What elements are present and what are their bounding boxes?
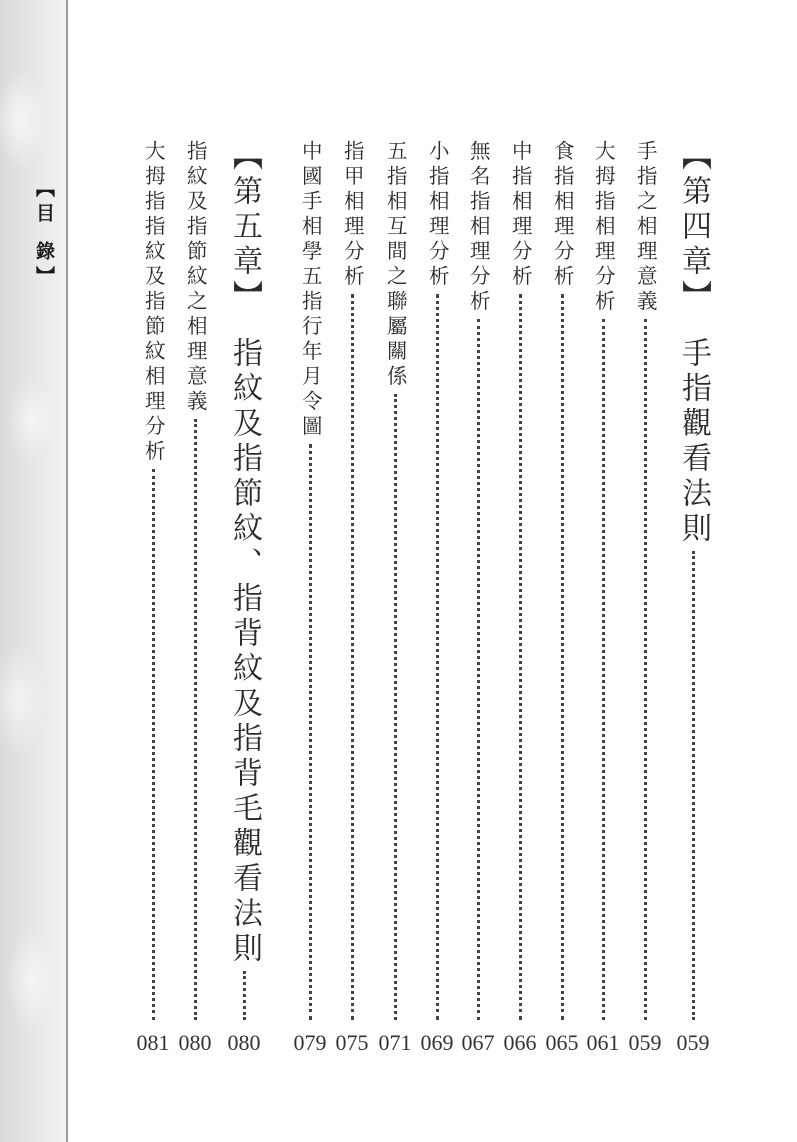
page-number: 071 bbox=[379, 1030, 412, 1056]
page-number: 080 bbox=[179, 1030, 212, 1056]
page-number: 067 bbox=[462, 1030, 495, 1056]
toc-entry[interactable]: 大拇指指紋及指節紋相理分析081 bbox=[138, 140, 168, 1020]
toc-entry[interactable]: 大拇指相理分析061 bbox=[588, 140, 618, 1020]
page-number: 065 bbox=[546, 1030, 579, 1056]
toc-entry[interactable]: 五指相互間之聯屬關係071 bbox=[380, 140, 410, 1020]
entry-title: 指紋及指節紋之相理意義 bbox=[185, 140, 206, 415]
entry-title: 食指相理分析 bbox=[552, 140, 573, 290]
dot-leader bbox=[477, 319, 480, 1020]
dot-leader bbox=[394, 394, 397, 1020]
page-number: 061 bbox=[587, 1030, 620, 1056]
margin-rule bbox=[66, 0, 68, 1142]
toc-entry[interactable]: 手指之相理意義059 bbox=[630, 140, 660, 1020]
decorative-margin bbox=[0, 0, 66, 1142]
entry-title: 大拇指相理分析 bbox=[593, 140, 614, 315]
page-number: 069 bbox=[421, 1030, 454, 1056]
dot-leader bbox=[152, 469, 155, 1020]
dot-leader bbox=[519, 294, 522, 1020]
entry-title: 指甲相理分析 bbox=[342, 140, 363, 290]
dot-leader bbox=[194, 419, 197, 1020]
page-number: 075 bbox=[336, 1030, 369, 1056]
dot-leader bbox=[602, 319, 605, 1020]
toc-chapter-heading[interactable]: 【第四章】手指觀看法則059 bbox=[678, 140, 708, 1020]
dot-leader bbox=[644, 319, 647, 1020]
dot-leader bbox=[309, 444, 312, 1020]
page-number: 081 bbox=[137, 1030, 170, 1056]
chapter-title: 【第五章】指紋及指節紋、指背紋及指背毛觀看法則 bbox=[229, 140, 259, 967]
chapter-label: 【第四章】 bbox=[676, 140, 711, 315]
dot-leader bbox=[692, 551, 695, 1020]
entry-title: 手指之相理意義 bbox=[635, 140, 656, 315]
page-number: 080 bbox=[228, 1030, 261, 1056]
dot-leader bbox=[243, 971, 246, 1020]
chapter-label: 【第五章】 bbox=[227, 140, 262, 315]
page-number: 059 bbox=[677, 1030, 710, 1056]
dot-leader bbox=[351, 294, 354, 1020]
page-number: 059 bbox=[629, 1030, 662, 1056]
entry-title: 中指相理分析 bbox=[510, 140, 531, 290]
running-header: 【目 錄】 bbox=[36, 178, 58, 291]
chapter-name: 手指觀看法則 bbox=[676, 337, 711, 547]
entry-title: 小指相理分析 bbox=[427, 140, 448, 290]
dot-leader bbox=[436, 294, 439, 1020]
toc-chapter-heading[interactable]: 【第五章】指紋及指節紋、指背紋及指背毛觀看法則080 bbox=[229, 140, 259, 1020]
page-number: 079 bbox=[294, 1030, 327, 1056]
toc-entry[interactable]: 中指相理分析066 bbox=[505, 140, 535, 1020]
toc-entry[interactable]: 食指相理分析065 bbox=[547, 140, 577, 1020]
entry-title: 大拇指指紋及指節紋相理分析 bbox=[143, 140, 164, 465]
toc-entry[interactable]: 小指相理分析069 bbox=[422, 140, 452, 1020]
toc-entry[interactable]: 中國手相學五指行年月令圖079 bbox=[295, 140, 325, 1020]
toc-entry[interactable]: 指甲相理分析075 bbox=[337, 140, 367, 1020]
dot-leader bbox=[561, 294, 564, 1020]
chapter-title: 【第四章】手指觀看法則 bbox=[678, 140, 708, 547]
entry-title: 中國手相學五指行年月令圖 bbox=[300, 140, 321, 440]
entry-title: 無名指相理分析 bbox=[468, 140, 489, 315]
chapter-name: 指紋及指節紋、指背紋及指背毛觀看法則 bbox=[227, 337, 262, 967]
toc-entry[interactable]: 指紋及指節紋之相理意義080 bbox=[180, 140, 210, 1020]
entry-title: 五指相互間之聯屬關係 bbox=[385, 140, 406, 390]
page-number: 066 bbox=[504, 1030, 537, 1056]
toc-entry[interactable]: 無名指相理分析067 bbox=[463, 140, 493, 1020]
